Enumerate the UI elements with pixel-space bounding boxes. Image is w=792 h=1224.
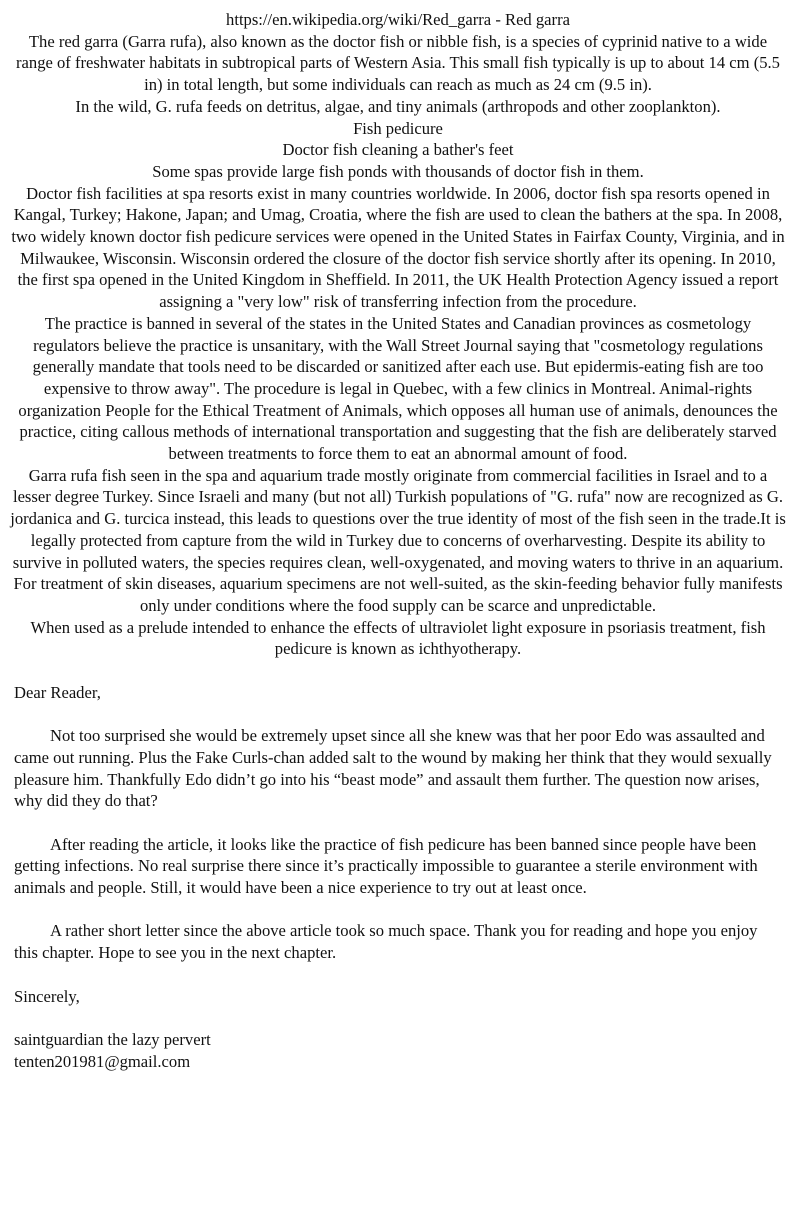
letter-paragraph: A rather short letter since the above ar… — [14, 920, 782, 963]
article-paragraph-ichthyotherapy: When used as a prelude intended to enhan… — [10, 617, 786, 660]
signature-email: tenten201981@gmail.com — [14, 1051, 782, 1073]
image-caption-fish-ponds: Some spas provide large fish ponds with … — [10, 161, 786, 183]
article-paragraph-trade: Garra rufa fish seen in the spa and aqua… — [10, 465, 786, 617]
article-paragraph-intro: The red garra (Garra rufa), also known a… — [10, 31, 786, 96]
letter-closing: Sincerely, — [14, 986, 782, 1008]
article-paragraph-diet: In the wild, G. rufa feeds on detritus, … — [10, 96, 786, 118]
section-heading-fish-pedicure: Fish pedicure — [10, 118, 786, 140]
source-link-line: https://en.wikipedia.org/wiki/Red_garra … — [10, 9, 786, 31]
document-page: https://en.wikipedia.org/wiki/Red_garra … — [0, 0, 792, 1072]
letter-salutation: Dear Reader, — [14, 682, 782, 704]
author-letter: Dear Reader, Not too surprised she would… — [14, 682, 782, 1073]
article-paragraph-bans: The practice is banned in several of the… — [10, 313, 786, 465]
letter-paragraph: Not too surprised she would be extremely… — [14, 725, 782, 812]
wikipedia-excerpt: https://en.wikipedia.org/wiki/Red_garra … — [10, 9, 786, 660]
letter-paragraph: After reading the article, it looks like… — [14, 834, 782, 899]
image-caption-bather-feet: Doctor fish cleaning a bather's feet — [10, 139, 786, 161]
signature-name: saintguardian the lazy pervert — [14, 1029, 782, 1051]
article-paragraph-facilities: Doctor fish facilities at spa resorts ex… — [10, 183, 786, 313]
